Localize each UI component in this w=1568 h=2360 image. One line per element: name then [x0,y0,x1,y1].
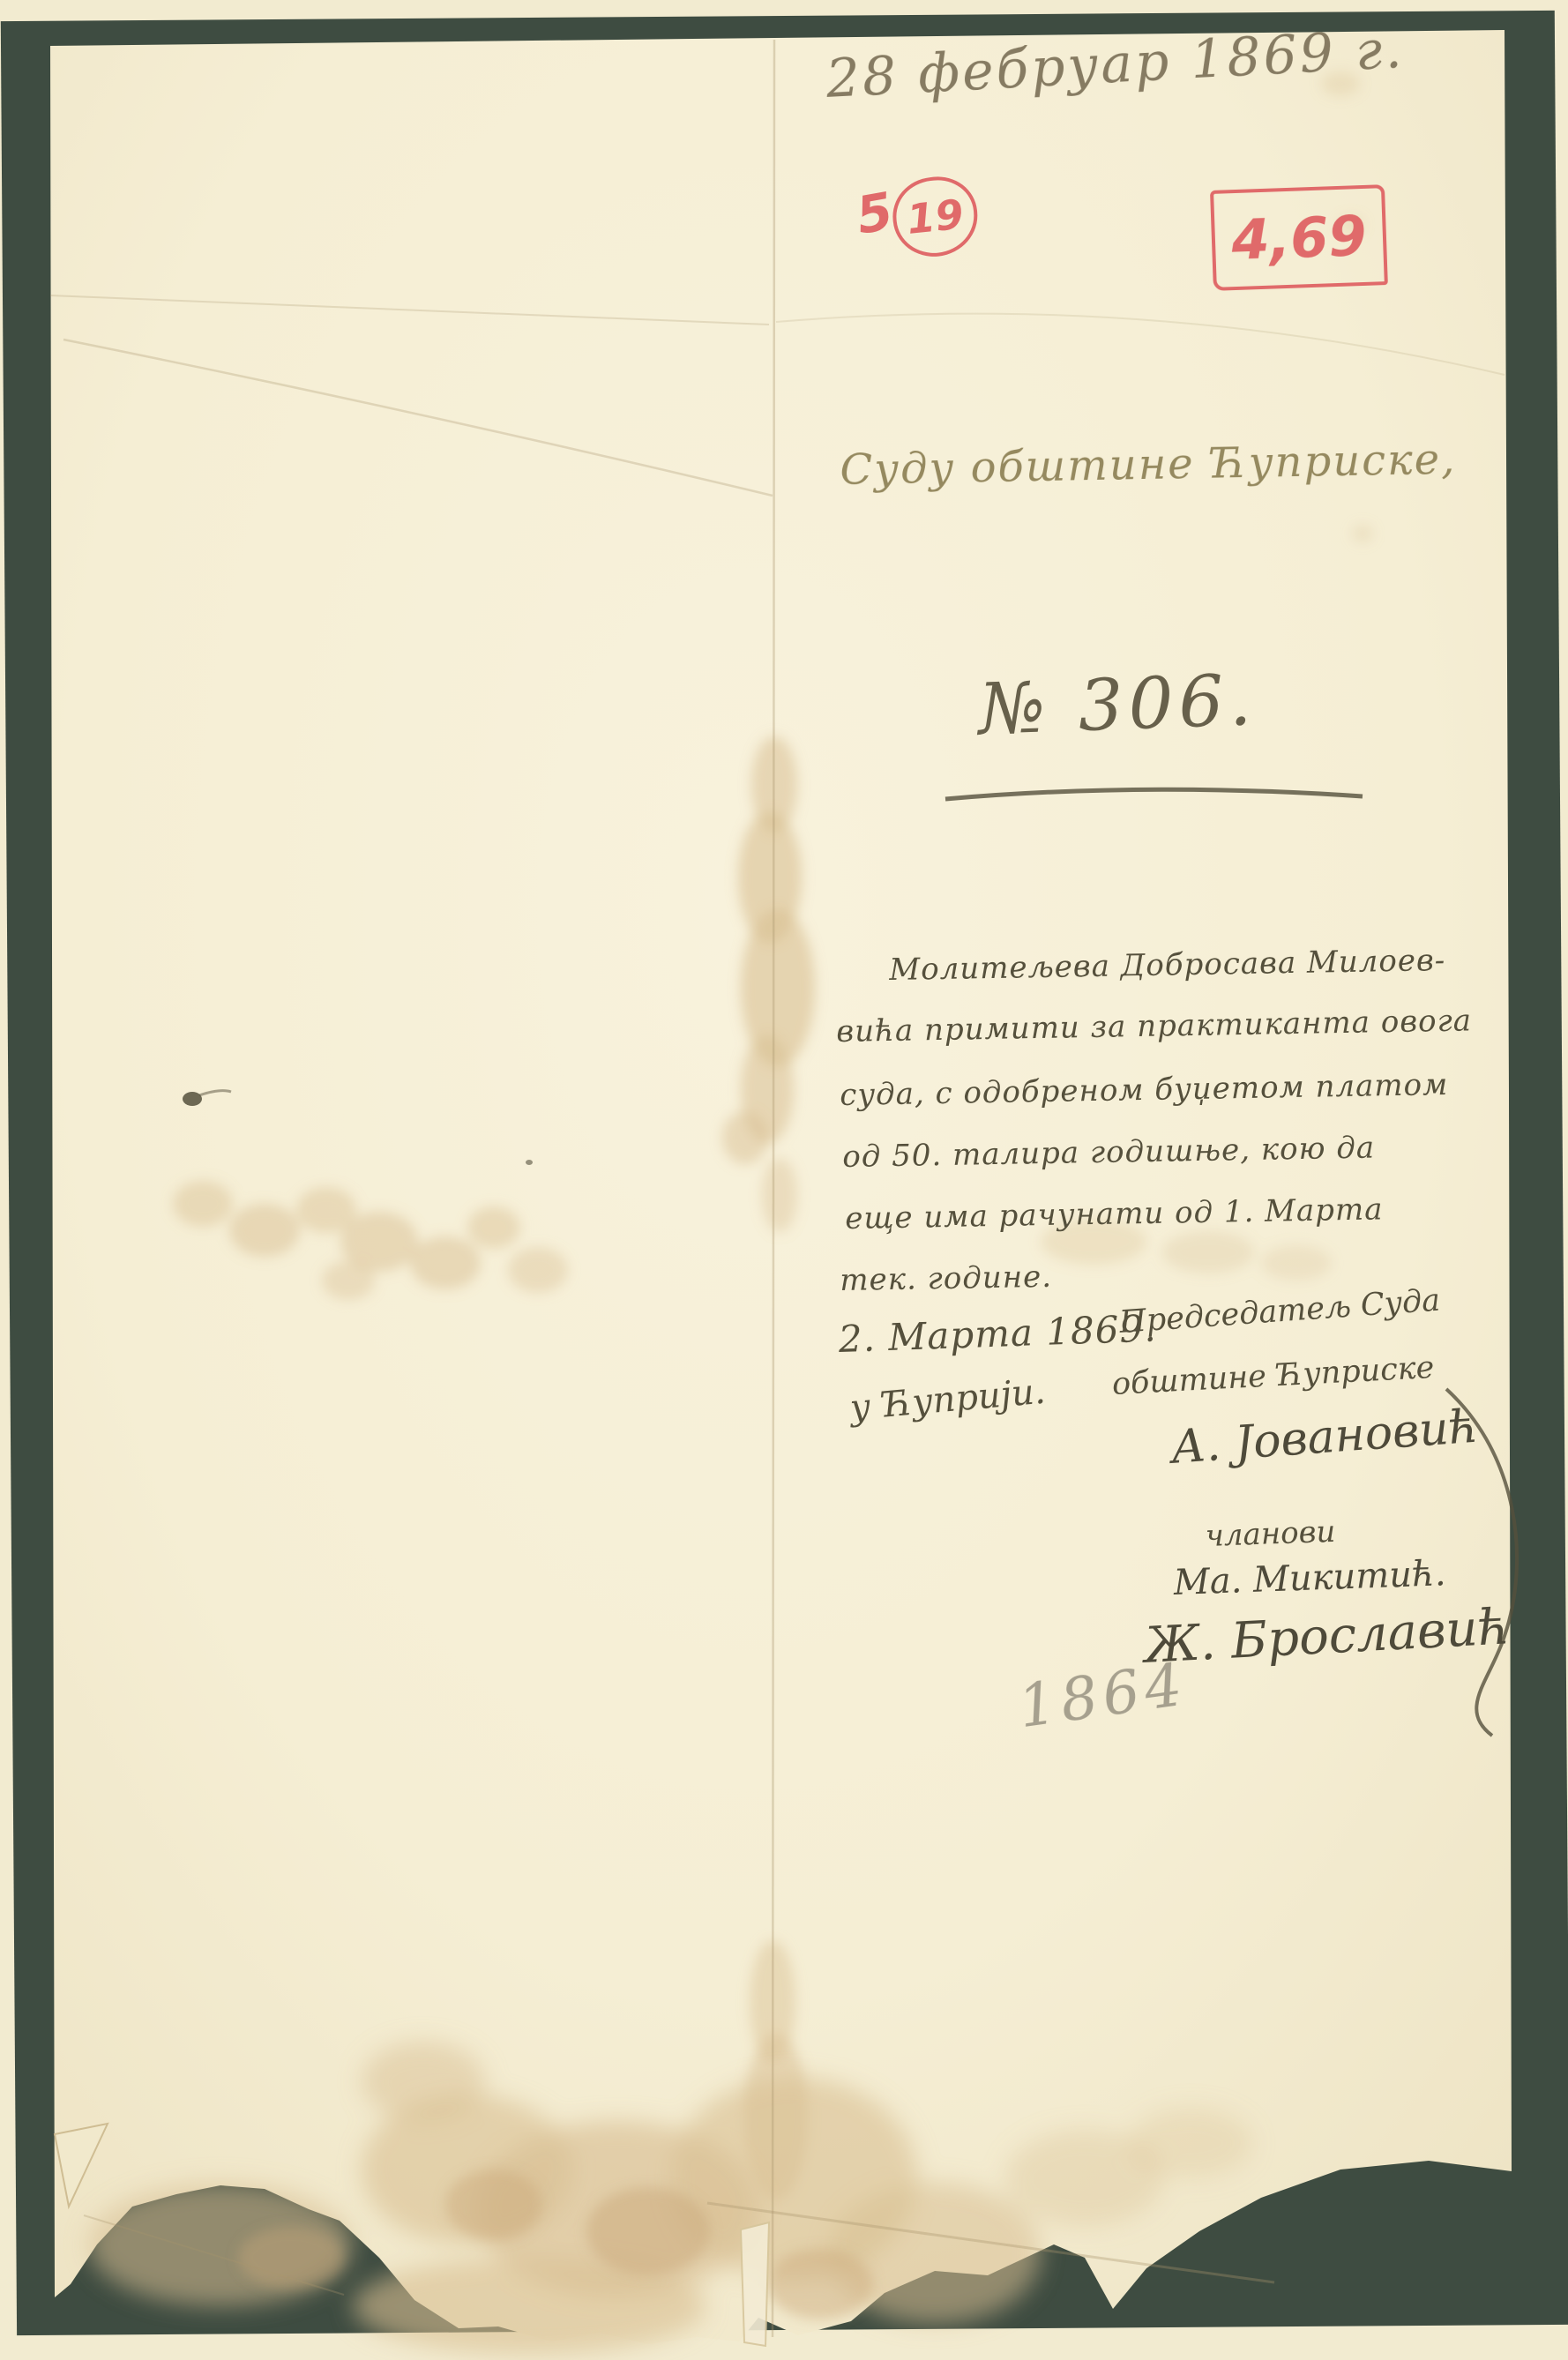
body-line-6: тек. године. [840,1259,1052,1298]
registry-number-boxed: 4,69 [1210,184,1388,291]
members-label: чланови [1205,1514,1336,1554]
document-scan: 28 фебруар 1869 г. 5 19 4,69 Суду обштин… [0,0,1568,2360]
registry-number-circled-value: 19 [905,190,966,243]
document-number: № 306. [977,659,1258,751]
scan-artwork [0,0,1568,2360]
registry-number-boxed-value: 4,69 [1230,203,1367,272]
torn-flap [741,2222,769,2346]
